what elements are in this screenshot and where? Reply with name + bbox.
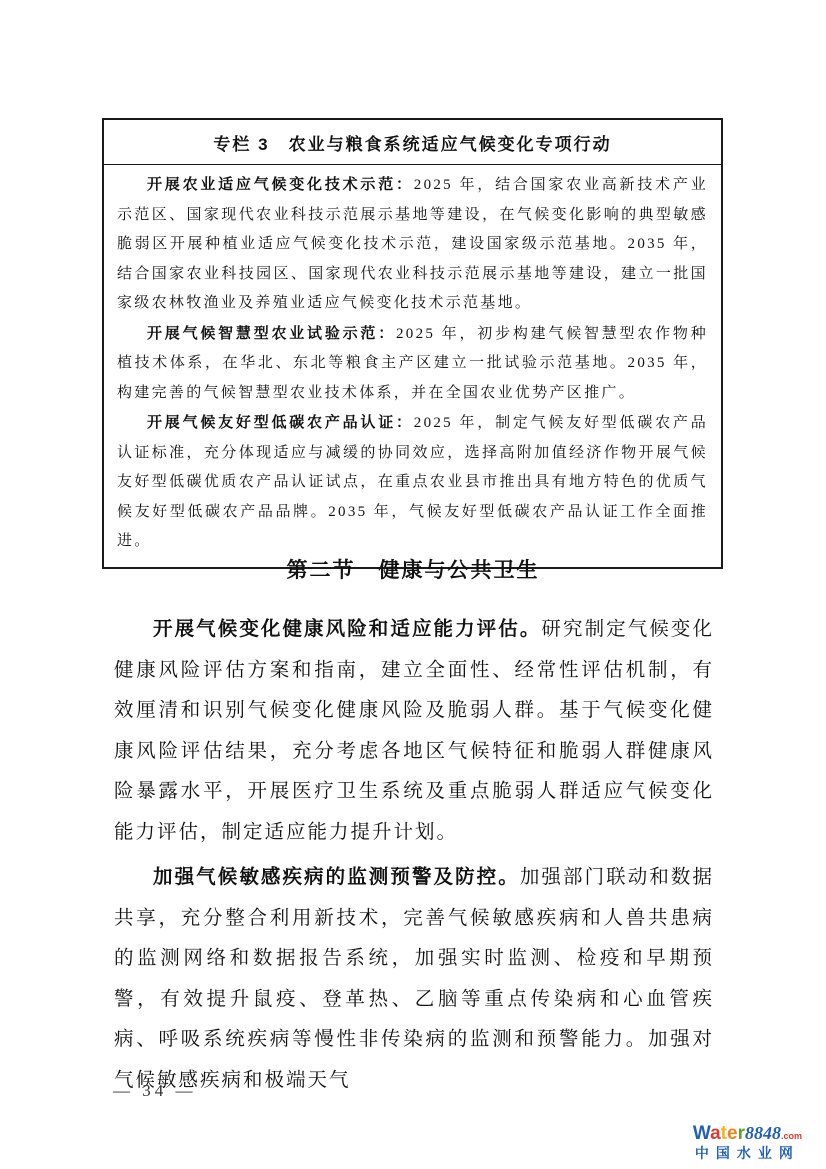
callout-paragraph-lead: 开展气候智慧型农业试验示范：: [147, 325, 396, 342]
watermark-brand: Water8848.com: [693, 1124, 802, 1144]
body-paragraph-lead: 开展气候变化健康风险和适应能力评估。: [153, 619, 541, 640]
callout-paragraph-text: 2025 年，结合国家农业高新技术产业示范区、国家现代农业科技示范展示基地等建设…: [117, 177, 708, 311]
document-page: 专栏 3 农业与粮食系统适应气候变化专项行动 开展农业适应气候变化技术示范：20…: [0, 0, 826, 1169]
brand-suffix: .com: [781, 1131, 802, 1141]
body-paragraph-lead: 加强气候敏感疾病的监测预警及防控。: [153, 867, 520, 888]
section-heading: 第二节 健康与公共卫生: [0, 554, 826, 584]
body-paragraph: 开展气候变化健康风险和适应能力评估。研究制定气候变化健康风险评估方案和指南，建立…: [114, 610, 714, 853]
page-number: — 34 —: [113, 1081, 197, 1101]
brand-number: 8848: [745, 1123, 781, 1143]
callout-box: 专栏 3 农业与粮食系统适应气候变化专项行动 开展农业适应气候变化技术示范：20…: [102, 118, 723, 569]
callout-paragraph-lead: 开展农业适应气候变化技术示范：: [147, 176, 414, 193]
body-text: 开展气候变化健康风险和适应能力评估。研究制定气候变化健康风险评估方案和指南，建立…: [114, 610, 714, 1106]
callout-paragraph: 开展农业适应气候变化技术示范：2025 年，结合国家农业高新技术产业示范区、国家…: [117, 170, 708, 319]
callout-paragraph-text: 2025 年，制定气候友好型低碳农产品认证标准，充分体现适应与减缓的协同效应，选…: [117, 415, 708, 549]
brand-letter: a: [710, 1123, 721, 1144]
brand-letter: r: [738, 1123, 745, 1144]
body-paragraph-text: 研究制定气候变化健康风险评估方案和指南，建立全面性、经常性评估机制，有效厘清和识…: [114, 619, 714, 843]
body-paragraph-text: 加强部门联动和数据共享，充分整合利用新技术，完善气候敏感疾病和人兽共患病的监测网…: [114, 867, 714, 1091]
brand-letter: W: [693, 1123, 710, 1144]
callout-paragraph: 开展气候友好型低碳农产品认证：2025 年，制定气候友好型低碳农产品认证标准，充…: [117, 408, 708, 557]
watermark-tagline: 中国水业网: [693, 1146, 802, 1161]
watermark-logo: Water8848.com 中国水业网: [693, 1124, 802, 1161]
callout-paragraph: 开展气候智慧型农业试验示范：2025 年，初步构建气候智慧型农作物种植技术体系，…: [117, 319, 708, 409]
callout-body: 开展农业适应气候变化技术示范：2025 年，结合国家农业高新技术产业示范区、国家…: [104, 165, 721, 567]
callout-title: 专栏 3 农业与粮食系统适应气候变化专项行动: [104, 120, 721, 165]
callout-paragraph-lead: 开展气候友好型低碳农产品认证：: [147, 414, 414, 431]
brand-letter: e: [727, 1123, 738, 1144]
body-paragraph: 加强气候敏感疾病的监测预警及防控。加强部门联动和数据共享，充分整合利用新技术，完…: [114, 858, 714, 1101]
